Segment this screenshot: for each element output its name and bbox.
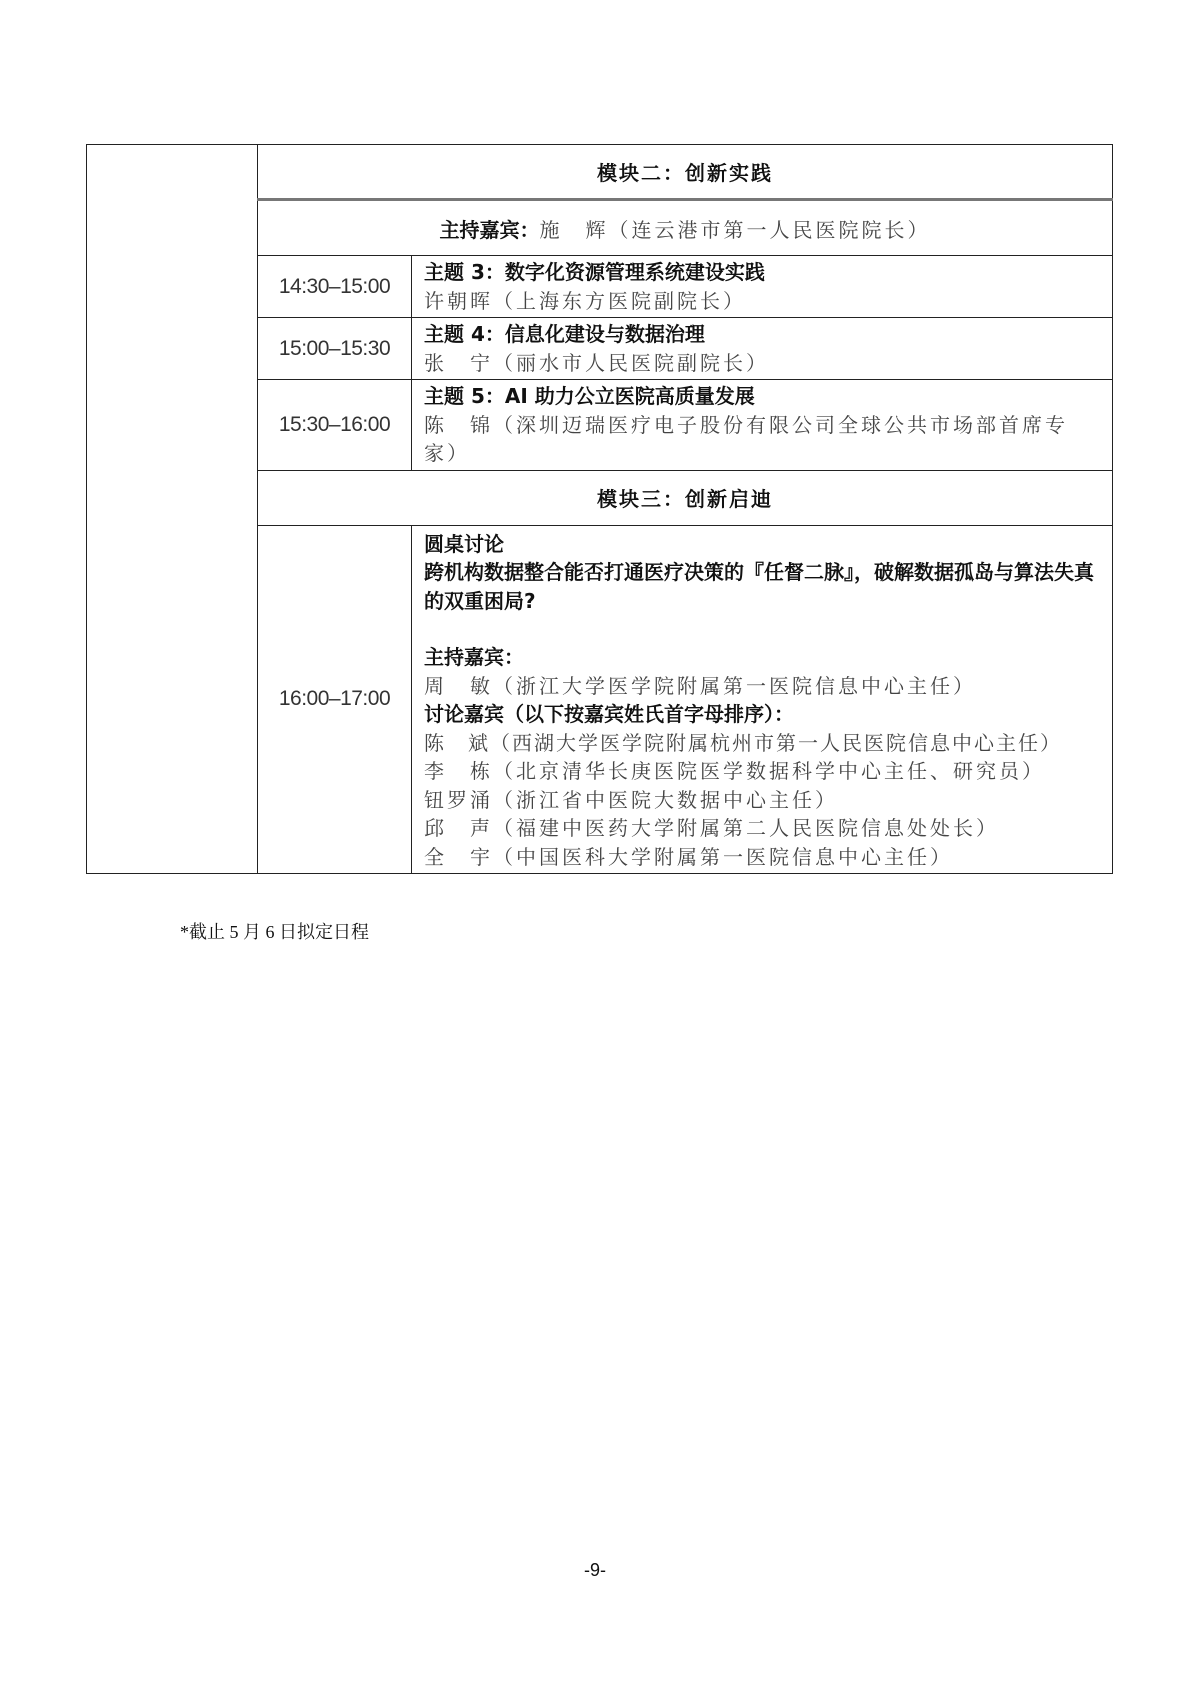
- module2-host-cell: 主持嘉宾：施 辉（连云港市第一人民医院院长）: [258, 200, 1113, 256]
- module3-title: 模块三：创新启迪: [258, 470, 1113, 525]
- date-column-cell: [87, 145, 258, 874]
- session-time: 15:30–16:00: [258, 380, 412, 471]
- roundtable-content: 圆桌讨论 跨机构数据整合能否打通医疗决策的『任督二脉』，破解数据孤岛与算法失真的…: [412, 525, 1113, 874]
- module2-title: 模块二：创新实践: [258, 145, 1113, 200]
- roundtable-question: 跨机构数据整合能否打通医疗决策的『任督二脉』，破解数据孤岛与算法失真的双重困局?: [424, 558, 1102, 615]
- session-speaker: 张 宁（丽水市人民医院副院长）: [424, 349, 1102, 378]
- footnote: *截止 5 月 6 日拟定日程: [180, 918, 369, 944]
- host-label: 主持嘉宾：: [440, 218, 540, 242]
- agenda-table: 模块二：创新实践 主持嘉宾：施 辉（连云港市第一人民医院院长） 14:30–15…: [86, 144, 1113, 874]
- session-content: 主题 3：数字化资源管理系统建设实践 许朝晖（上海东方医院副院长）: [412, 256, 1113, 318]
- page-number: -9-: [0, 1560, 1190, 1581]
- roundtable-heading: 圆桌讨论: [424, 530, 1102, 559]
- host-value: 施 辉（连云港市第一人民医院院长）: [540, 218, 931, 242]
- session-time: 15:00–15:30: [258, 318, 412, 380]
- session-speaker: 许朝晖（上海东方医院副院长）: [424, 287, 1102, 316]
- roundtable-time: 16:00–17:00: [258, 525, 412, 874]
- panelist: 钮罗涌（浙江省中医院大数据中心主任）: [424, 786, 1102, 815]
- session-content: 主题 4：信息化建设与数据治理 张 宁（丽水市人民医院副院长）: [412, 318, 1113, 380]
- session-topic: 主题 5：AI 助力公立医院高质量发展: [424, 382, 1102, 411]
- module2-header-row: 模块二：创新实践: [87, 145, 1113, 200]
- document-page: 模块二：创新实践 主持嘉宾：施 辉（连云港市第一人民医院院长） 14:30–15…: [0, 0, 1190, 1683]
- panelist: 邱 声（福建中医药大学附属第二人民医院信息处处长）: [424, 814, 1102, 843]
- panelist: 李 栋（北京清华长庚医院医学数据科学中心主任、研究员）: [424, 757, 1102, 786]
- session-time: 14:30–15:00: [258, 256, 412, 318]
- panelist: 陈 斌（西湖大学医学院附属杭州市第一人民医院信息中心主任）: [424, 729, 1102, 758]
- roundtable-host: 周 敏（浙江大学医学院附属第一医院信息中心主任）: [424, 672, 1102, 701]
- panelist: 全 宇（中国医科大学附属第一医院信息中心主任）: [424, 843, 1102, 872]
- session-topic: 主题 4：信息化建设与数据治理: [424, 320, 1102, 349]
- spacer: [424, 615, 1102, 643]
- roundtable-host-label: 主持嘉宾：: [424, 643, 1102, 672]
- session-content: 主题 5：AI 助力公立医院高质量发展 陈 锦（深圳迈瑞医疗电子股份有限公司全球…: [412, 380, 1113, 471]
- roundtable-panel-label: 讨论嘉宾（以下按嘉宾姓氏首字母排序）：: [424, 700, 1102, 729]
- session-speaker: 陈 锦（深圳迈瑞医疗电子股份有限公司全球公共市场部首席专家）: [424, 411, 1102, 468]
- session-topic: 主题 3：数字化资源管理系统建设实践: [424, 258, 1102, 287]
